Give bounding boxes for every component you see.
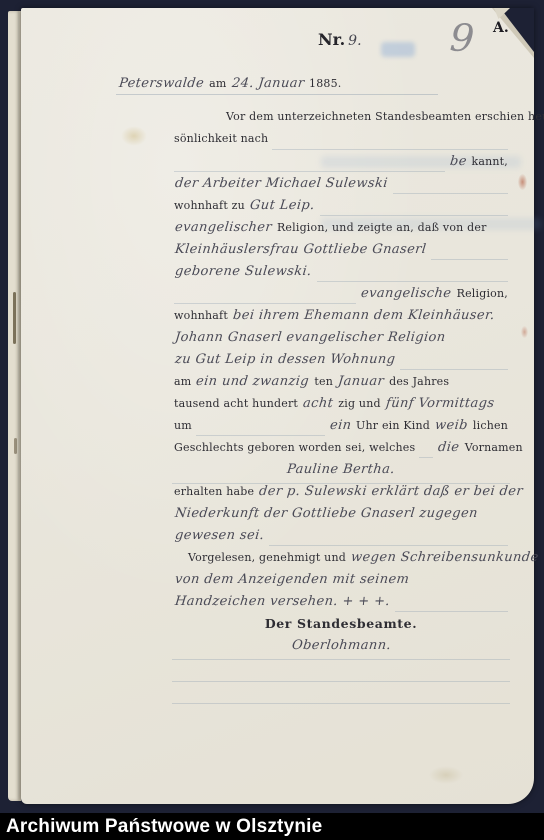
form-line: gewesen sei.: [172, 528, 510, 550]
stitch-thread: [14, 438, 17, 454]
blank-rule: [272, 149, 508, 150]
form-body: Vor dem unterzeichneten Standesbeamten e…: [172, 110, 510, 704]
blank-rule: [320, 215, 508, 216]
blank-rule: [393, 193, 508, 194]
form-line: Pauline Bertha.: [172, 462, 510, 484]
handwritten-text: Januar: [337, 374, 385, 389]
blank-rule: [431, 259, 508, 260]
rust-spot: [518, 174, 527, 190]
form-line: amein und zwanzigtenJanuardes Jahres: [172, 374, 510, 396]
printed-text: erhalten habe: [174, 485, 254, 498]
form-line: sönlichkeit nach: [172, 132, 510, 154]
archive-name: Archiwum Państwowe w Olsztynie: [0, 816, 322, 838]
form-line: von dem Anzeigenden mit seinem: [172, 572, 510, 594]
printed-text: Vornamen: [465, 441, 523, 454]
form-line: [172, 660, 510, 682]
printed-bold-text: Der Standesbeamte.: [265, 616, 417, 631]
paper-stain: [429, 766, 463, 784]
form-line: evangelischerReligion, und zeigte an, da…: [172, 220, 510, 242]
handwritten-text: bei ihrem Ehemann dem Kleinhäuser.: [232, 308, 495, 323]
handwritten-text: Johann Gnaserl evangelischer Religion: [174, 330, 446, 345]
printed-text: Uhr ein Kind: [356, 419, 430, 432]
form-line: Handzeichen versehen. + + +.: [172, 594, 510, 616]
handwritten-text: be: [449, 154, 467, 169]
record-number-value: 9.: [348, 33, 361, 49]
form-line: evangelischeReligion,: [172, 286, 510, 308]
blank-rule: [174, 303, 356, 304]
form-line: [172, 682, 510, 704]
printed-text: 1885.: [309, 77, 342, 90]
handwritten-text: zu Gut Leip in dessen Wohnung: [174, 352, 396, 367]
form-line: Der Standesbeamte.: [172, 616, 510, 638]
handwritten-text: acht: [302, 396, 334, 411]
printed-text: Geschlechts geboren worden sei, welches: [174, 441, 415, 454]
handwritten-text: fünf Vormittags: [385, 396, 495, 411]
record-number-label: Nr.: [318, 30, 345, 49]
rust-spot: [521, 326, 528, 338]
handwritten-text: von dem Anzeigenden mit seinem: [174, 572, 410, 587]
handwritten-text: der Arbeiter Michael Sulewski: [174, 176, 388, 191]
blank-rule: [395, 611, 508, 612]
form-line: Vor dem unterzeichneten Standesbeamten e…: [172, 110, 510, 132]
handwritten-text: der p. Sulewski erklärt daß er bei der: [258, 484, 524, 499]
handwritten-text: Kleinhäuslersfrau Gottliebe Gnaserl: [174, 242, 427, 257]
handwritten-text: Handzeichen versehen. + + +.: [174, 594, 391, 609]
printed-text: lichen: [473, 419, 508, 432]
blank-rule: [196, 435, 325, 436]
form-line: Oberlohmann.: [172, 638, 510, 660]
printed-text: Religion, und zeigte an, daß von der: [277, 221, 487, 234]
dateline: Peterswaldeam24. Januar1885.: [116, 76, 438, 95]
archive-banner: Archiwum Państwowe w Olsztynie: [0, 813, 544, 840]
form-line: zu Gut Leip in dessen Wohnung: [172, 352, 510, 374]
printed-text: Vor dem unterzeichneten Standesbeamten e…: [226, 110, 544, 123]
printed-text: tausend acht hundert: [174, 397, 298, 410]
handwritten-text: geborene Sulewski.: [174, 264, 312, 279]
form-line: Johann Gnaserl evangelischer Religion: [172, 330, 510, 352]
handwritten-text: ein: [329, 418, 352, 433]
printed-text: um: [174, 419, 192, 432]
stitch-thread: [13, 292, 16, 344]
handwritten-text: wegen Schreibensunkunde: [350, 550, 539, 565]
form-line: wohnhaftbei ihrem Ehemann dem Kleinhäuse…: [172, 308, 510, 330]
handwritten-text: 24. Januar: [231, 76, 305, 91]
printed-text: am: [209, 77, 226, 90]
handwritten-text: weib: [434, 418, 468, 433]
form-line: Vorgelesen, genehmigt undwegen Schreiben…: [172, 550, 510, 572]
handwritten-text: evangelischer: [174, 220, 273, 235]
record-number: Nr. 9.: [318, 30, 362, 49]
printed-text: Vorgelesen, genehmigt und: [188, 551, 346, 564]
printed-text: ten: [314, 375, 333, 388]
blank-rule: [317, 281, 508, 282]
printed-text: Religion,: [457, 287, 508, 300]
form-line: erhalten habeder p. Sulewski erklärt daß…: [172, 484, 510, 506]
printed-text: am: [174, 375, 191, 388]
form-line: geborene Sulewski.: [172, 264, 510, 286]
printed-text: zig und: [338, 397, 380, 410]
form-line: Geschlechts geboren worden sei, welchesd…: [172, 440, 510, 462]
form-line: umeinUhr ein Kindweiblichen: [172, 418, 510, 440]
form-line: bekannt,: [172, 154, 510, 176]
handwritten-text: evangelische: [360, 286, 452, 301]
blank-rule: [400, 369, 508, 370]
handwritten-text: Niederkunft der Gottliebe Gnaserl zugege…: [174, 506, 478, 521]
corner-letter: A.: [493, 20, 509, 36]
printed-text: sönlichkeit nach: [174, 132, 268, 145]
printed-text: kannt,: [471, 155, 508, 168]
form-line: wohnhaft zuGut Leip.: [172, 198, 510, 220]
form-line: tausend acht hundertachtzig undfünf Vorm…: [172, 396, 510, 418]
printed-text: wohnhaft zu: [174, 199, 245, 212]
handwritten-text: Oberlohmann.: [291, 638, 392, 653]
handwritten-text: ein und zwanzig: [196, 374, 311, 389]
paper-stain: [121, 126, 147, 146]
form-line: Niederkunft der Gottliebe Gnaserl zugege…: [172, 506, 510, 528]
pencil-page-number: 9: [448, 15, 475, 61]
form-line: der Arbeiter Michael Sulewski: [172, 176, 510, 198]
blank-rule: [419, 457, 433, 458]
form-line: Kleinhäuslersfrau Gottliebe Gnaserl: [172, 242, 510, 264]
blank-rule: [269, 545, 508, 546]
handwritten-text: die: [438, 440, 461, 455]
handwritten-text: Pauline Bertha.: [286, 462, 395, 477]
printed-text: wohnhaft: [174, 309, 228, 322]
blank-rule: [174, 171, 445, 172]
ink-bleed-ghost: [381, 42, 415, 57]
handwritten-text: gewesen sei.: [174, 528, 265, 543]
printed-text: des Jahres: [389, 375, 449, 388]
handwritten-text: Gut Leip.: [249, 198, 315, 213]
handwritten-text: Peterswalde: [118, 76, 205, 91]
